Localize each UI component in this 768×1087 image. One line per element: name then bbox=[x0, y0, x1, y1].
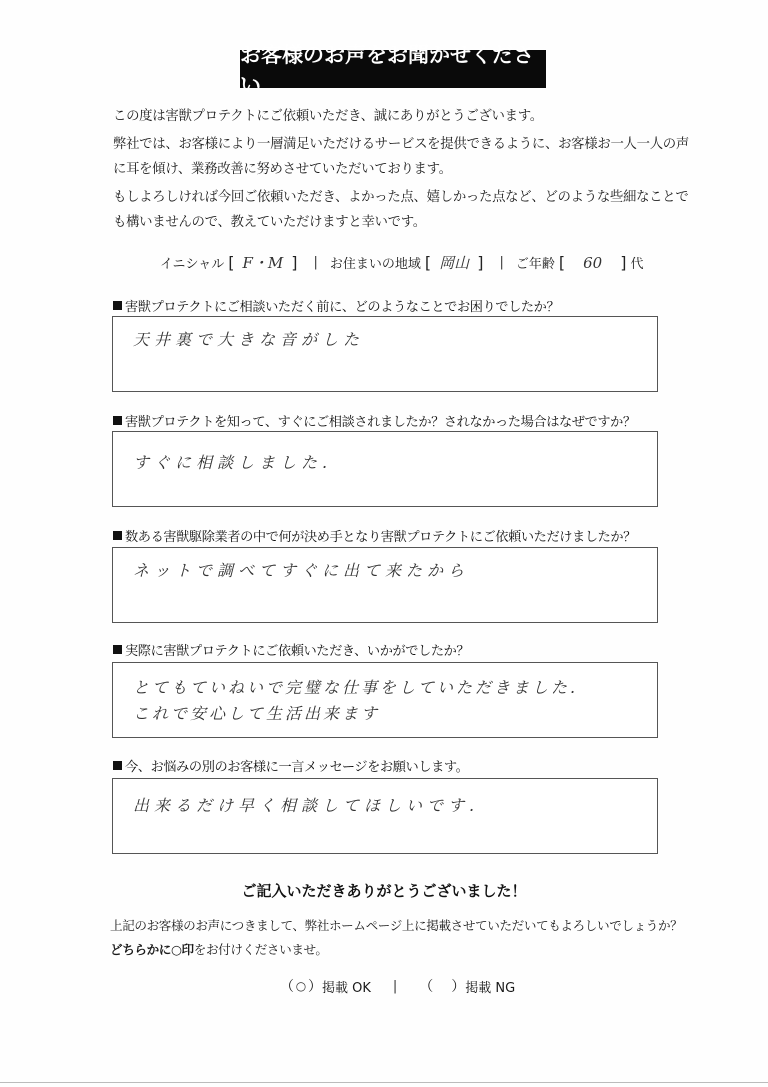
age-label: ご年齢 bbox=[516, 253, 555, 272]
initial-field[interactable]: F・M bbox=[238, 252, 287, 273]
square-bullet-icon bbox=[113, 531, 122, 540]
separator: | bbox=[314, 255, 318, 270]
question-1-label: 害獣プロテクトにご相談いただく前に、どのようなことでお困りでしたか？ bbox=[113, 296, 559, 315]
region-field[interactable]: 岡山 bbox=[435, 252, 473, 273]
thanks-heading: ご記入いただきありがとうございました！ bbox=[0, 880, 768, 901]
customer-info-row: イニシャル [ F・M ] | お住まいの地域 [ 岡山 ] | ご年齢 [ 6… bbox=[160, 252, 640, 273]
age-suffix: 代 bbox=[630, 253, 643, 272]
question-2-label: 害獣プロテクトを知って、すぐにご相談されましたか？されなかった場合はなぜですか？ bbox=[113, 411, 636, 430]
scan-edge-line bbox=[0, 1082, 768, 1083]
square-bullet-icon bbox=[113, 416, 122, 425]
intro-line-1: この度は害獣プロテクトにご依頼いただき、誠にありがとうございます。 bbox=[113, 104, 693, 129]
bracket-open: [ bbox=[228, 253, 234, 272]
survey-form-page: お客様のお声をお聞かせください この度は害獣プロテクトにご依頼いただき、誠にあり… bbox=[0, 0, 768, 1087]
separator: | bbox=[393, 979, 397, 994]
answer-3-text: ネットで調べてすぐに出て来たから bbox=[133, 558, 469, 584]
square-bullet-icon bbox=[113, 645, 122, 654]
bracket-open: [ bbox=[425, 253, 431, 272]
question-5-label: 今、お悩みの別のお客様に一言メッセージをお願いします。 bbox=[113, 756, 468, 775]
answer-1-text: 天井裏で大きな音がした bbox=[133, 327, 364, 353]
answer-4-text: とてもていねいで完璧な仕事をしていただきました. これで安心して生活出来ます bbox=[133, 675, 578, 727]
question-3-label: 数ある害獣駆除業者の中で何が決め手となり害獣プロテクトにご依頼いただけましたか？ bbox=[113, 526, 636, 545]
bracket-open: [ bbox=[559, 253, 565, 272]
separator: | bbox=[499, 255, 503, 270]
consent-options: （ ○ ） 掲載 OK | （ ） 掲載 NG bbox=[280, 976, 515, 996]
answer-box-2[interactable]: すぐに相談しました. bbox=[112, 431, 658, 507]
option-ng-label: 掲載 NG bbox=[465, 977, 515, 996]
option-publish-ok[interactable]: （ ○ ） 掲載 OK bbox=[280, 976, 371, 996]
instruction-bold: どちらかに○印 bbox=[110, 942, 194, 957]
answer-2-text: すぐに相談しました. bbox=[133, 450, 332, 476]
answer-box-3[interactable]: ネットで調べてすぐに出て来たから bbox=[112, 547, 658, 623]
answer-5-text: 出来るだけ早く相談してほしいです. bbox=[133, 793, 479, 819]
intro-line-2: 弊社では、お客様により一層満足いただけるサービスを提供できるように、お客様お一人… bbox=[113, 132, 693, 182]
form-title: お客様のお声をお聞かせください bbox=[240, 50, 546, 88]
instruction-rest: をお付けくださいませ。 bbox=[194, 942, 328, 957]
question-4-label: 実際に害獣プロテクトにご依頼いただき、いかがでしたか？ bbox=[113, 640, 469, 659]
bracket-close: ] bbox=[291, 253, 297, 272]
consent-question-text: 上記のお客様のお声につきまして、弊社ホームページ上に掲載させていただいてもよろし… bbox=[110, 914, 710, 938]
option-publish-ng[interactable]: （ ） 掲載 NG bbox=[419, 976, 515, 996]
square-bullet-icon bbox=[113, 301, 122, 310]
square-bullet-icon bbox=[113, 761, 122, 770]
circle-mark-icon: ○ bbox=[294, 979, 308, 993]
initial-label: イニシャル bbox=[160, 253, 224, 272]
answer-box-1[interactable]: 天井裏で大きな音がした bbox=[112, 316, 658, 392]
consent-instruction: どちらかに○印をお付けくださいませ。 bbox=[110, 938, 710, 962]
intro-text: この度は害獣プロテクトにご依頼いただき、誠にありがとうございます。 弊社では、お… bbox=[113, 104, 693, 235]
bracket-close: ] bbox=[477, 253, 483, 272]
region-label: お住まいの地域 bbox=[330, 253, 421, 272]
age-field[interactable]: 60 bbox=[569, 254, 616, 272]
consent-question: 上記のお客様のお声につきまして、弊社ホームページ上に掲載させていただいてもよろし… bbox=[110, 914, 710, 962]
intro-line-3: もしよろしければ今回ご依頼いただき、よかった点、嬉しかった点など、どのような些細… bbox=[113, 185, 693, 235]
bracket-close: ] bbox=[620, 253, 626, 272]
option-ok-label: 掲載 OK bbox=[322, 977, 371, 996]
answer-box-5[interactable]: 出来るだけ早く相談してほしいです. bbox=[112, 778, 658, 854]
answer-box-4[interactable]: とてもていねいで完璧な仕事をしていただきました. これで安心して生活出来ます bbox=[112, 662, 658, 738]
